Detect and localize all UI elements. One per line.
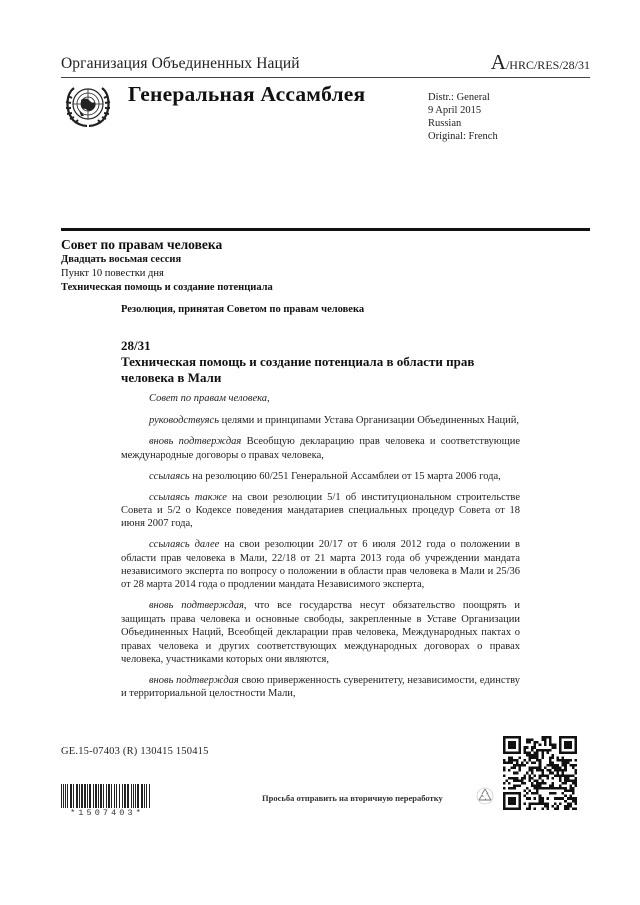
symbol-rest: /HRC/RES/28/31 [506,58,590,72]
recycle-icon [476,787,494,805]
resolution-number: 28/31 [121,338,521,354]
barcode-bars [61,784,153,808]
un-emblem-icon [63,82,113,128]
paragraph-lead: вновь подтверждая [149,600,244,611]
preamble-paragraph: ссылаясь на резолюцию 60/251 Генеральной… [121,470,520,483]
paragraph-text: целями и принципами Устава Организации О… [219,415,519,426]
original-language: Original: French [428,130,498,143]
document-symbol: A/HRC/RES/28/31 [491,52,590,73]
session-name: Двадцать восьмая сессия [61,253,273,267]
distribution-block: Distr.: General 9 April 2015 Russian Ori… [428,91,498,143]
agenda-item: Пункт 10 повестки дня [61,267,273,281]
assembly-title: Генеральная Ассамблея [128,82,365,107]
resolution-opener: Совет по правам человека, [121,392,520,405]
barcode: *1507403* [61,784,153,818]
paragraph-lead: вновь подтверждая [149,675,239,686]
preamble-paragraph: вновь подтверждая Всеобщую декларацию пр… [121,435,520,462]
qr-code-icon [503,736,577,810]
paragraph-lead: ссылаясь далее [149,539,219,550]
council-block: Совет по правам человека Двадцать восьма… [61,236,273,295]
resolution-body: Совет по правам человека, руководствуясь… [121,392,520,708]
preamble-paragraph: вновь подтверждая свою приверженность су… [121,674,520,701]
resolution-title: Техническая помощь и создание потенциала… [121,354,521,386]
paragraph-lead: руководствуясь [149,415,219,426]
preamble-paragraph: ссылаясь далее на свои резолюции 20/17 о… [121,538,520,592]
thick-rule [61,228,590,231]
document-language: Russian [428,117,498,130]
document-date: 9 April 2015 [428,104,498,117]
job-number: GE.15-07403 (R) 130415 150415 [61,746,209,757]
top-rule [61,77,590,78]
agenda-title: Техническая помощь и создание потенциала [61,281,273,295]
adopted-by: Резолюция, принятая Советом по правам че… [121,304,364,315]
distribution-type: Distr.: General [428,91,498,104]
preamble-paragraph: ссылаясь также на свои резолюции 5/1 об … [121,491,520,531]
preamble-paragraph: руководствуясь целями и принципами Устав… [121,414,520,427]
paragraph-lead: ссылаясь также [149,492,227,503]
paragraph-lead: ссылаясь [149,471,190,482]
recycle-note: Просьба отправить на вторичную переработ… [262,793,443,803]
resolution-heading: 28/31 Техническая помощь и создание поте… [121,338,521,386]
barcode-text: *1507403* [61,808,153,818]
council-name: Совет по правам человека [61,236,273,253]
preamble-paragraph: вновь подтверждая, что все государства н… [121,599,520,666]
organization-name: Организация Объединенных Наций [61,55,300,73]
symbol-prefix: A [491,50,506,74]
paragraph-lead: вновь подтверждая [149,436,241,447]
paragraph-text: на резолюцию 60/251 Генеральной Ассамбле… [190,471,501,482]
